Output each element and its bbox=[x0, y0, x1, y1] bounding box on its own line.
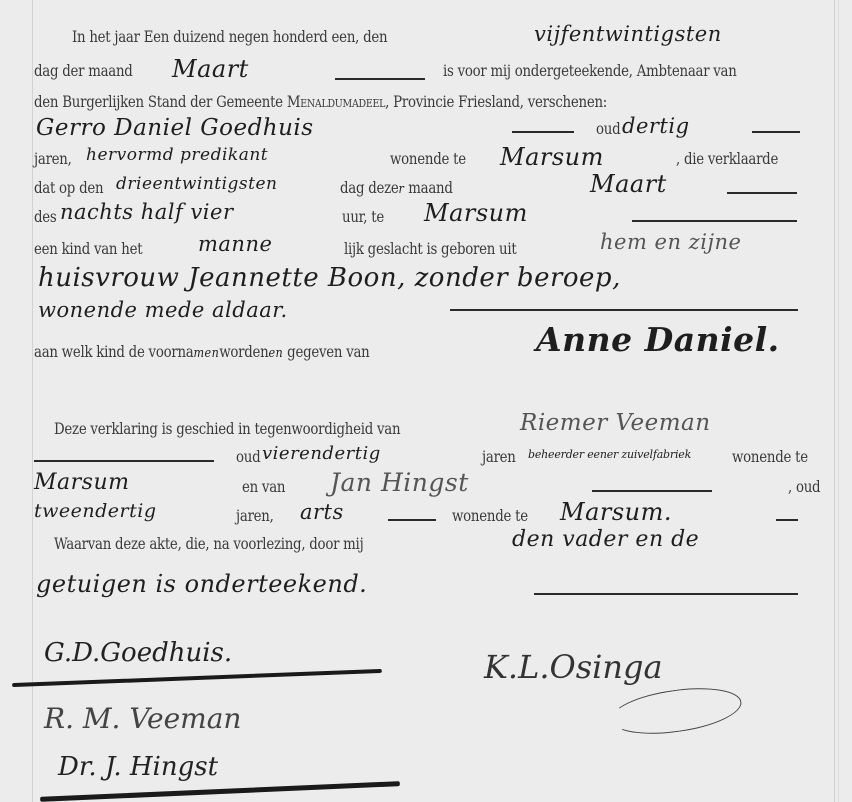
handwritten-occupation: hervormd predikant bbox=[86, 145, 268, 165]
line-15a: jaren, bbox=[236, 507, 280, 526]
printed-text: wonende te bbox=[452, 507, 528, 525]
line-6a: dat op den bbox=[34, 179, 115, 198]
printed-text: oud bbox=[596, 120, 620, 138]
handwritten-sex: manne bbox=[198, 232, 272, 256]
signature-official: K.L.Osinga bbox=[484, 648, 663, 686]
printed-text: , oud bbox=[788, 478, 820, 496]
handwritten-suffix: r bbox=[399, 182, 405, 197]
blank-rule bbox=[512, 131, 574, 133]
signature-witness-2: Dr. J. Hingst bbox=[58, 752, 218, 782]
printed-text: maand bbox=[408, 179, 452, 197]
printed-text: aan welk kind de voorna bbox=[34, 343, 194, 361]
line-1: In het jaar Een duizend negen honderd ee… bbox=[72, 28, 439, 47]
handwritten-birth-month: Maart bbox=[590, 170, 667, 198]
line-13b: jaren bbox=[482, 448, 521, 467]
printed-text: wonende te bbox=[390, 150, 466, 168]
line-7a: des bbox=[34, 208, 60, 227]
margin-rule-right bbox=[834, 0, 835, 802]
printed-text: dag der maand bbox=[34, 62, 133, 80]
printed-text: en van bbox=[242, 478, 285, 496]
line-2b: is voor mij ondergeteekende, Ambtenaar v… bbox=[443, 62, 784, 81]
printed-text: , die verklaarde bbox=[676, 150, 778, 168]
blank-rule bbox=[34, 460, 214, 462]
blank-rule bbox=[752, 131, 800, 133]
line-5c: , die verklaarde bbox=[676, 150, 795, 169]
handwritten-day: vijfentwintigsten bbox=[534, 22, 722, 46]
printed-text: Waarvan deze akte, die, na voorlezing, d… bbox=[54, 535, 363, 553]
line-14b: , oud bbox=[788, 478, 826, 497]
handwritten-birth-place: Marsum bbox=[424, 199, 528, 227]
printed-text: jaren, bbox=[236, 507, 274, 525]
line-4-print: oud bbox=[596, 120, 624, 139]
handwritten-age: dertig bbox=[622, 114, 690, 138]
margin-rule-right-2 bbox=[838, 0, 839, 802]
line-2a: dag der maand bbox=[34, 62, 149, 81]
handwritten-signed: getuigen is onderteekend. bbox=[36, 570, 367, 598]
signature-underline bbox=[12, 669, 382, 687]
blank-rule bbox=[534, 593, 798, 595]
printed-text: gegeven van bbox=[287, 343, 369, 361]
handwritten-birth-day: drieentwintigsten bbox=[116, 174, 278, 194]
printed-text: uur, te bbox=[342, 208, 384, 226]
handwritten-residence-mother: wonende mede aldaar. bbox=[38, 298, 288, 322]
handwritten-witness-2: Jan Hingst bbox=[330, 468, 469, 497]
printed-text: dat op den bbox=[34, 179, 103, 197]
line-11a: aan welk kind de voornamenwordenen gegev… bbox=[34, 343, 424, 362]
printed-text: een kind van het bbox=[34, 240, 142, 258]
line-3: den Burgerlijken Stand der Gemeente Mena… bbox=[34, 93, 700, 112]
blank-rule bbox=[335, 78, 425, 80]
handwritten-parents: hem en zijne bbox=[600, 230, 741, 254]
blank-rule bbox=[388, 519, 436, 521]
handwritten-father-name: Gerro Daniel Goedhuis bbox=[36, 115, 314, 141]
line-13a: oud bbox=[236, 448, 264, 467]
municipality-name: Menaldumadeel bbox=[287, 93, 385, 111]
line-7b: uur, te bbox=[342, 208, 391, 227]
handwritten-witness-1-occupation: beheerder eener zuivelfabriek bbox=[528, 448, 691, 461]
printed-text: dag deze bbox=[340, 179, 399, 197]
printed-text: Deze verklaring is geschied in tegenwoor… bbox=[54, 420, 400, 438]
handwritten-witness-2-residence: Marsum. bbox=[560, 498, 672, 526]
line-5b: wonende te bbox=[390, 150, 478, 169]
line-14a: en van bbox=[242, 478, 292, 497]
line-13c: wonende te bbox=[732, 448, 820, 467]
handwritten-residence: Marsum bbox=[500, 143, 604, 171]
printed-text: lijk geslacht is geboren uit bbox=[344, 240, 516, 258]
printed-text: oud bbox=[236, 448, 260, 466]
document-page: In het jaar Een duizend negen honderd ee… bbox=[0, 0, 852, 802]
handwritten-birth-time: nachts half vier bbox=[60, 200, 233, 224]
blank-rule bbox=[776, 519, 798, 521]
line-16: Waarvan deze akte, die, na voorlezing, d… bbox=[54, 535, 414, 554]
line-5a: jaren, bbox=[34, 150, 78, 169]
printed-text: is voor mij ondergeteekende, Ambtenaar v… bbox=[443, 62, 737, 80]
handwritten-month: Maart bbox=[172, 55, 249, 83]
handwritten-mother: huisvrouw Jeannette Boon, zonder beroep, bbox=[38, 263, 621, 293]
blank-rule bbox=[727, 192, 797, 194]
printed-text: wonende te bbox=[732, 448, 808, 466]
line-8b: lijk geslacht is geboren uit bbox=[344, 240, 545, 259]
handwritten-signatories: den vader en de bbox=[512, 527, 699, 552]
blank-rule bbox=[592, 490, 712, 492]
line-15b: wonende te bbox=[452, 507, 540, 526]
signature-father: G.D.Goedhuis. bbox=[44, 638, 232, 668]
printed-text: , Provincie Friesland, verschenen: bbox=[385, 93, 607, 111]
line-6b: dag dezer maand bbox=[340, 179, 471, 198]
handwritten-witness-1-age: vierendertig bbox=[262, 443, 381, 464]
handwritten-witness-1: Riemer Veeman bbox=[520, 410, 711, 436]
printed-text: jaren, bbox=[34, 150, 72, 168]
handwritten-child-name: Anne Daniel. bbox=[536, 320, 780, 359]
printed-text: worden bbox=[219, 343, 268, 361]
printed-text: In het jaar Een duizend negen honderd ee… bbox=[72, 28, 387, 46]
signature-flourish bbox=[608, 681, 745, 741]
printed-text: jaren bbox=[482, 448, 516, 466]
printed-text: den Burgerlijken Stand der Gemeente bbox=[34, 93, 283, 111]
line-12: Deze verklaring is geschied in tegenwoor… bbox=[54, 420, 457, 439]
handwritten-suffix: men bbox=[194, 346, 220, 361]
signature-witness-1: R. M. Veeman bbox=[44, 702, 241, 735]
handwritten-witness-2-occupation: arts bbox=[300, 500, 344, 524]
handwritten-witness-1-residence: Marsum bbox=[34, 470, 129, 495]
blank-rule bbox=[632, 220, 797, 222]
printed-text: des bbox=[34, 208, 56, 226]
handwritten-witness-2-age: tweendertig bbox=[34, 500, 157, 522]
blank-rule bbox=[450, 309, 798, 311]
signature-underline bbox=[40, 781, 400, 802]
line-8a: een kind van het bbox=[34, 240, 160, 259]
